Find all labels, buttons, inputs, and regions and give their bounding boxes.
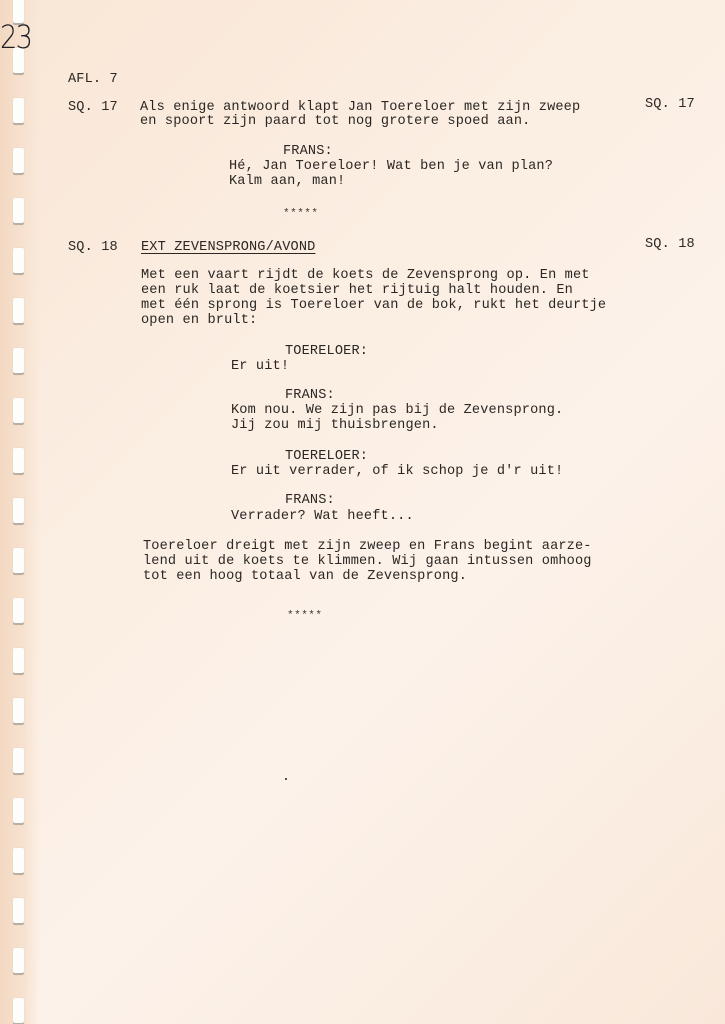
dialogue-line: Er uit verrader, of ik schop je d'r uit!	[231, 464, 563, 479]
scene-18-action-line: een ruk laat de koetsier het rijtuig hal…	[141, 283, 573, 298]
binding-hole	[13, 948, 24, 975]
dialogue-line: Kalm aan, man!	[229, 174, 345, 189]
binding-hole	[13, 248, 24, 275]
binding-hole	[13, 998, 24, 1024]
scene-17-label-left: SQ. 17	[68, 100, 118, 115]
binding-hole	[13, 648, 24, 675]
binding-hole	[13, 798, 24, 825]
scene-separator: *****	[287, 610, 323, 622]
character-cue: FRANS:	[285, 493, 335, 508]
scene-18-label-right: SQ. 18	[645, 237, 695, 252]
scene-18-label-left: SQ. 18	[68, 240, 118, 255]
closing-action-line: lend uit de koets te klimmen. Wij gaan i…	[143, 554, 592, 569]
character-cue: FRANS:	[285, 388, 335, 403]
binding-hole	[13, 498, 24, 525]
binding-hole	[13, 598, 24, 625]
character-cue: TOERELOER:	[285, 449, 368, 464]
character-cue: TOERELOER:	[285, 344, 368, 359]
binding-hole	[13, 98, 24, 125]
scene-18-action-line: met één sprong is Toereloer van de bok, …	[141, 298, 606, 313]
binding-hole	[13, 298, 24, 325]
binding-edge	[0, 0, 40, 1024]
scene-17-action-line: en spoort zijn paard tot nog grotere spo…	[140, 114, 530, 129]
binding-hole	[13, 198, 24, 225]
episode-label: AFL. 7	[68, 72, 118, 87]
binding-hole	[13, 348, 24, 375]
closing-action-line: Toereloer dreigt met zijn zweep en Frans…	[143, 539, 592, 554]
scene-separator: *****	[283, 208, 319, 220]
script-page: 23 AFL. 7 SQ. 17 SQ. 17 Als enige antwoo…	[0, 0, 725, 1024]
binding-hole	[13, 898, 24, 925]
closing-action-line: tot een hoog totaal van de Zevensprong.	[143, 569, 467, 584]
scene-18-action-line: open en brult:	[141, 313, 257, 328]
dialogue-line: Verrader? Wat heeft...	[231, 509, 414, 524]
scene-18-heading: EXT ZEVENSPRONG/AVOND	[141, 240, 315, 255]
handwritten-page-number: 23	[0, 18, 31, 56]
binding-hole	[13, 698, 24, 725]
binding-hole	[13, 548, 24, 575]
character-cue: FRANS:	[283, 144, 333, 159]
paper-speck	[285, 778, 287, 780]
binding-hole	[13, 148, 24, 175]
dialogue-line: Er uit!	[231, 359, 289, 374]
binding-hole	[13, 448, 24, 475]
binding-hole	[13, 848, 24, 875]
scene-17-label-right: SQ. 17	[645, 97, 695, 112]
binding-hole	[13, 398, 24, 425]
dialogue-line: Kom nou. We zijn pas bij de Zevensprong.	[231, 403, 563, 418]
binding-hole	[13, 748, 24, 775]
scene-18-action-line: Met een vaart rijdt de koets de Zevenspr…	[141, 268, 590, 283]
dialogue-line: Jij zou mij thuisbrengen.	[231, 418, 439, 433]
scene-17-action-line: Als enige antwoord klapt Jan Toereloer m…	[140, 100, 580, 115]
dialogue-line: Hé, Jan Toereloer! Wat ben je van plan?	[229, 159, 553, 174]
